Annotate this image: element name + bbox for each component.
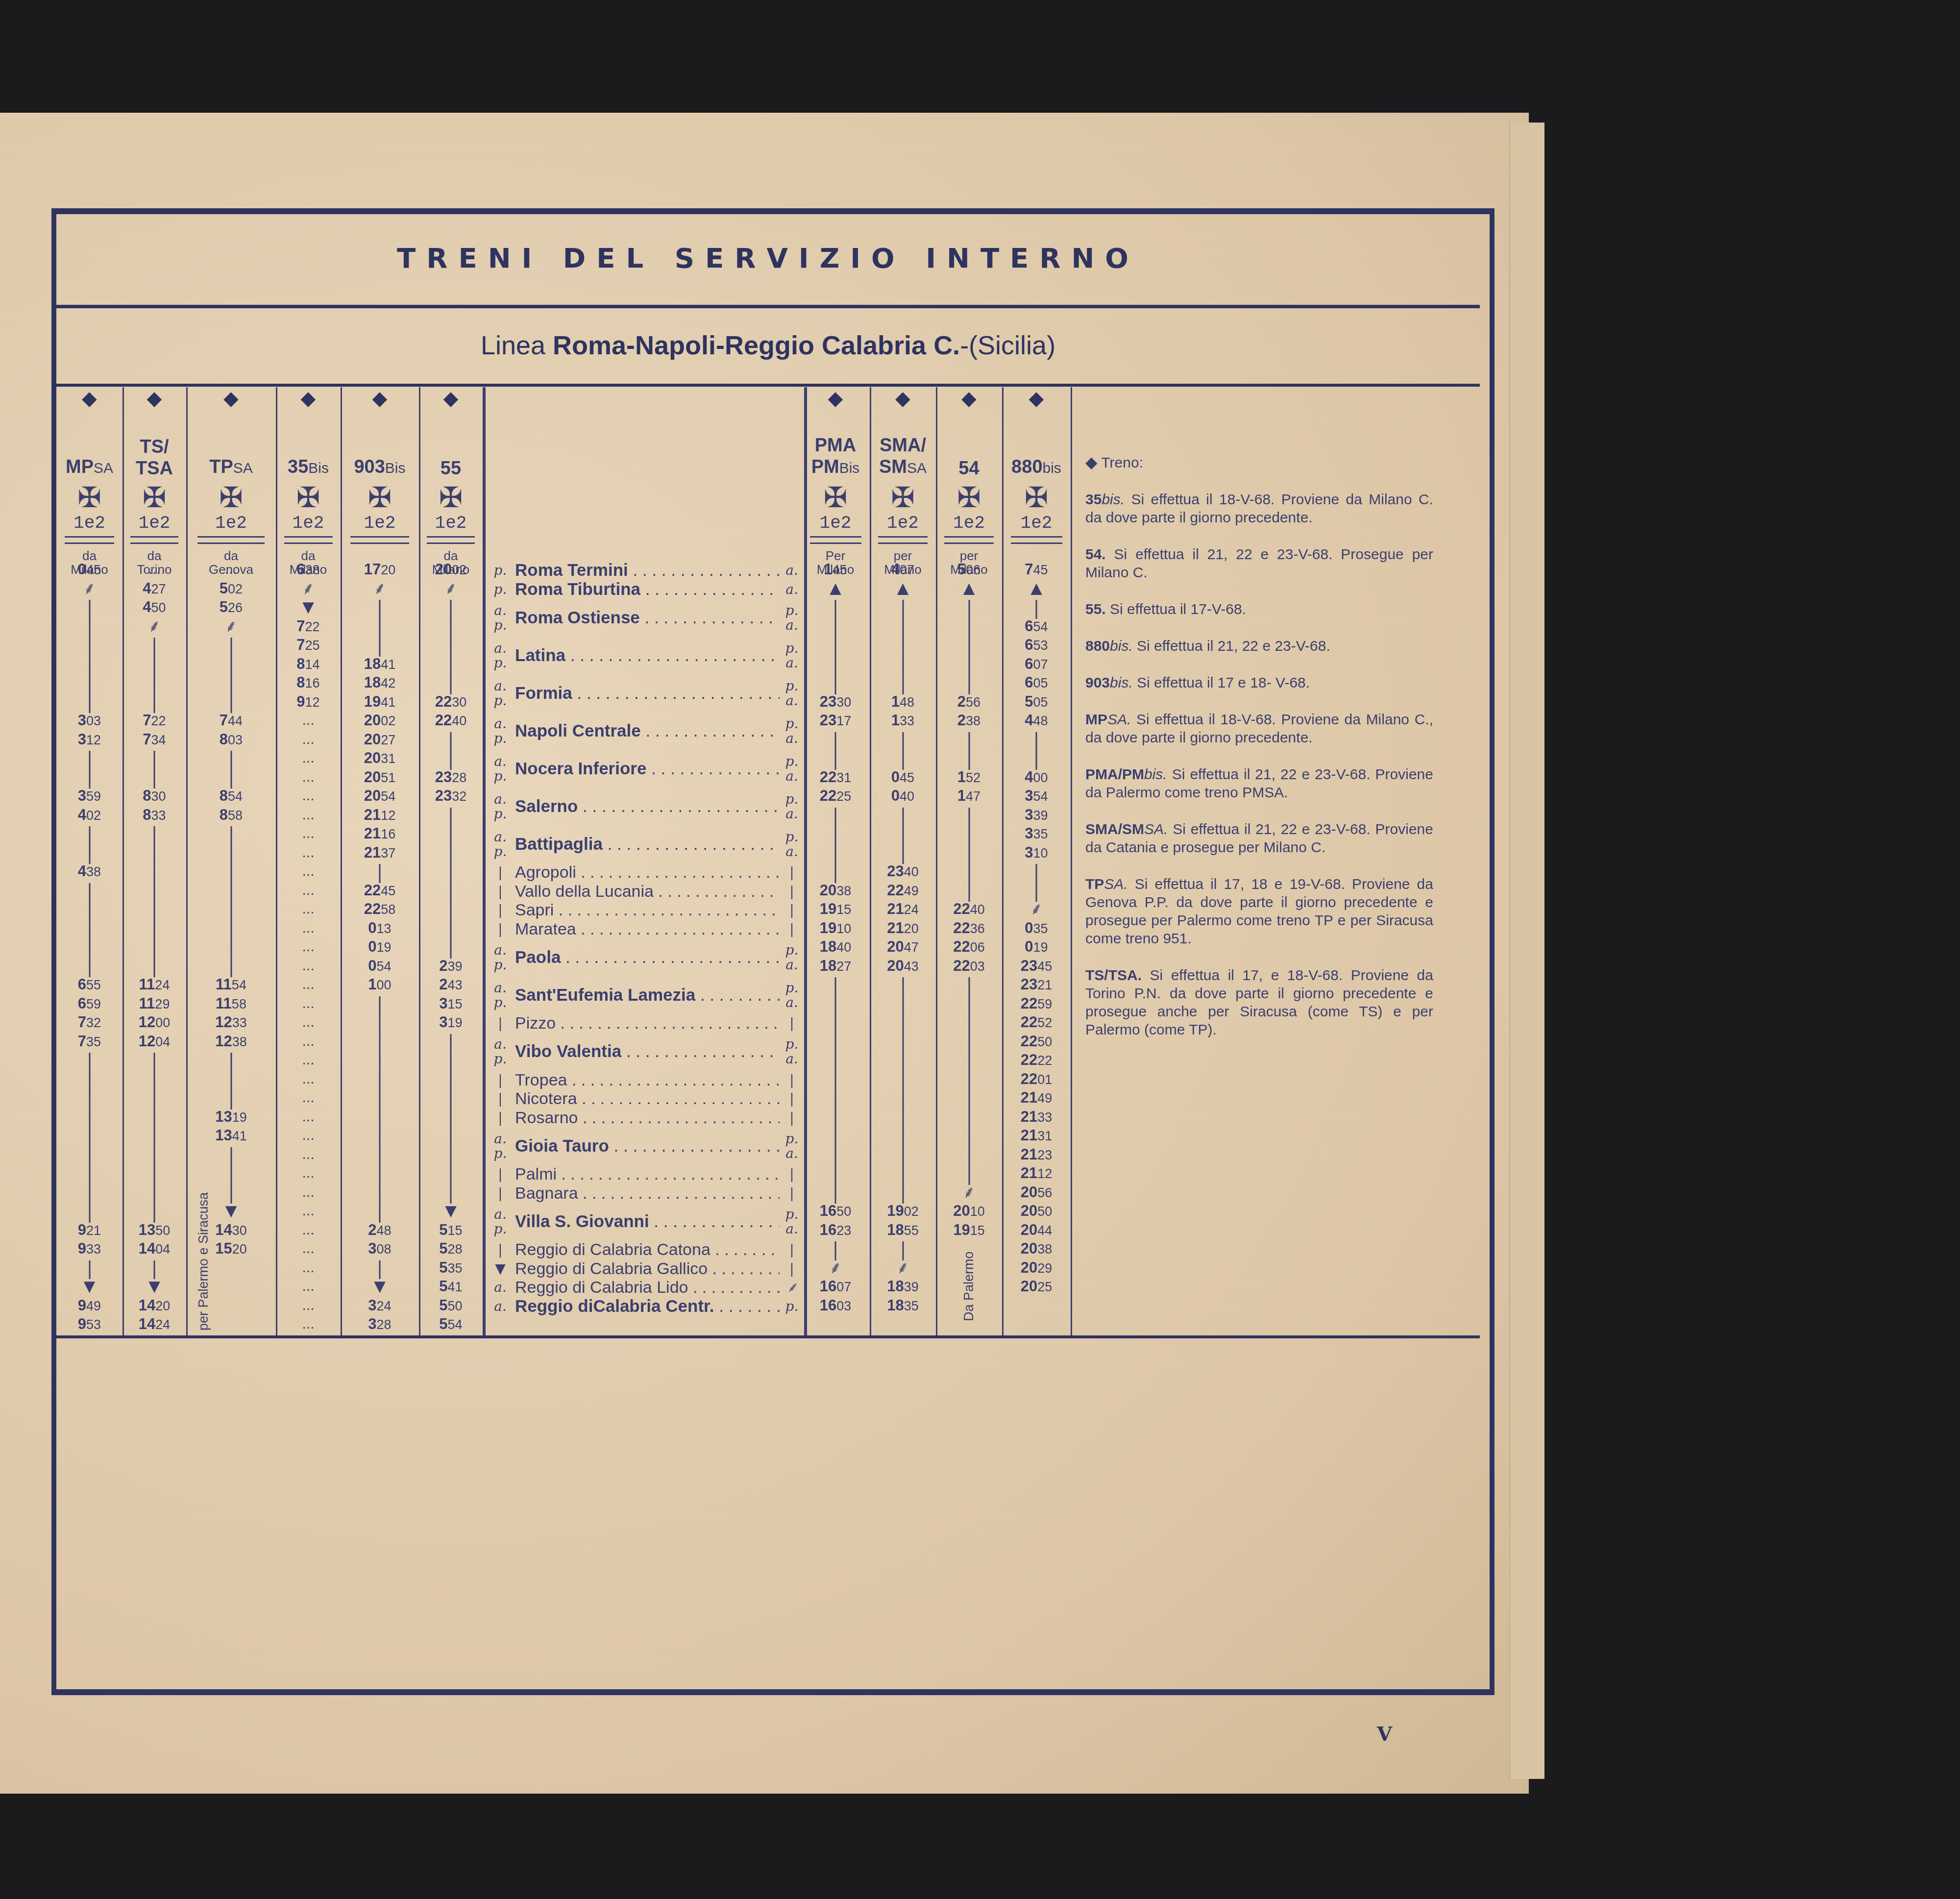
time-cell: 2345 [1002, 958, 1071, 975]
time-cell: 830 [122, 788, 186, 805]
route-line [968, 864, 970, 883]
arrival-departure-label: p.a. [780, 754, 804, 784]
time-cell: 1840 [801, 938, 870, 956]
station-row: a.p.Vibo Valentiap.a. [486, 1033, 804, 1071]
time-cell: 2330 [801, 693, 870, 711]
rotated-origin-label: Da Palermo [961, 1250, 976, 1323]
route-line [230, 1166, 232, 1185]
route-line [379, 1034, 381, 1053]
arrival-departure-label: p.a. [780, 1207, 804, 1236]
time-cell: ... [276, 1165, 341, 1182]
train-header: TPSA✠1e2daGenova [186, 436, 276, 578]
route-line [450, 675, 452, 694]
route-line [379, 1185, 381, 1204]
restaurant-car-icon: ✠ [936, 482, 1002, 514]
arrival-departure-label: a.p. [486, 1207, 515, 1236]
station-row: a.Reggio di Calabria Lido⸙ [486, 1278, 804, 1297]
route-line [230, 1072, 232, 1091]
route-line [379, 1072, 381, 1091]
route-line [450, 732, 452, 751]
note-item: TPSA. Si effettua il 17, 18 e 19-V-68. P… [1085, 875, 1433, 948]
time-cell: 1720 [341, 561, 419, 578]
time-cell: 2002 [341, 712, 419, 729]
station-name: Roma Tiburtina [515, 581, 780, 598]
route-line [379, 1166, 381, 1185]
station-row: a.p.Paolap.a. [486, 938, 804, 976]
route-line [968, 1166, 970, 1185]
arrival-departure-label: | [780, 1186, 804, 1201]
time-cell: ... [276, 1222, 341, 1238]
time-cell: 427 [122, 580, 186, 597]
double-rule [197, 536, 265, 544]
note-text: Si effettua il 21, 22 e 23-V-68. Prosegu… [1085, 546, 1433, 581]
time-cell: 2112 [1002, 1165, 1071, 1182]
time-cell: 312 [56, 731, 122, 748]
time-cell: 2038 [1002, 1240, 1071, 1258]
station-name: Roma Termini [515, 562, 780, 579]
time-cell: 814 [276, 656, 341, 673]
class-label: 1e2 [936, 514, 1002, 533]
arrival-departure-label: p.a. [780, 1037, 804, 1066]
time-cell: 2043 [870, 958, 936, 975]
time-cell: 133 [870, 712, 936, 729]
diamond-icon: ◆ [828, 387, 843, 410]
station-row: a.p.Formiap.a. [486, 674, 804, 712]
time-cell: ... [276, 769, 341, 786]
station-row: |Tropea| [486, 1071, 804, 1090]
time-cell: 550 [419, 1297, 483, 1314]
arrival-departure-label: | [780, 884, 804, 899]
note-item: MPSA. Si effettua il 18-V-68. Proviene d… [1085, 711, 1433, 747]
route-line [450, 657, 452, 676]
station-name: Rosarno [515, 1109, 780, 1127]
route-line [89, 638, 90, 657]
route-line [450, 845, 452, 864]
arrow-up-icon: ▲ [801, 580, 870, 599]
time-cell: 328 [341, 1316, 419, 1333]
arrow-down-icon: ▼ [341, 1278, 419, 1297]
arrival-departure-label: a.p. [486, 981, 515, 1010]
arrival-departure-label: a.p. [486, 830, 515, 859]
route-line [89, 939, 90, 959]
route-line [89, 883, 90, 902]
note-item: 54. Si effettua il 21, 22 e 23-V-68. Pro… [1085, 545, 1433, 582]
route-line [379, 1147, 381, 1166]
station-row: |Nicotera| [486, 1089, 804, 1109]
route-line [968, 1053, 970, 1072]
route-line [230, 657, 232, 676]
station-name: Roma Ostiense [515, 609, 780, 627]
time-cell: 816 [276, 674, 341, 691]
arrival-departure-label: | [780, 1110, 804, 1125]
route-line [835, 1241, 836, 1260]
arrival-departure-label: a.p. [486, 1037, 515, 1066]
time-cell: 040 [870, 788, 936, 805]
station-row: p.Roma Terminia. [486, 561, 804, 580]
note-item: TS/TSA. Si effettua il 17, e 18-V-68. Pr… [1085, 966, 1433, 1039]
restaurant-car-icon: ✠ [870, 482, 936, 514]
route-line [154, 694, 155, 714]
route-line [89, 1166, 90, 1185]
train-number: TS/TSA [122, 436, 186, 479]
arrival-departure-label: p.a. [780, 792, 804, 821]
arrival-departure-label: p. [486, 563, 515, 578]
station-name: Tropea [515, 1071, 780, 1089]
route-line [379, 1090, 381, 1110]
time-cell: 239 [419, 958, 483, 975]
time-cell: ... [276, 1033, 341, 1050]
time-cell: 1350 [122, 1222, 186, 1239]
route-line [89, 959, 90, 978]
route-line [902, 1166, 904, 1185]
note-text: Si effettua il 17-V-68. [1110, 601, 1246, 617]
wheat-symbol-icon: ⸙ [186, 618, 276, 636]
time-cell: 912 [276, 693, 341, 711]
note-id-suffix: SA. [1104, 876, 1127, 892]
time-cell: ... [276, 788, 341, 804]
time-cell: 1650 [801, 1203, 870, 1220]
route-line [89, 1090, 90, 1110]
route-line [835, 1147, 836, 1166]
time-cell: 933 [56, 1240, 122, 1258]
station-row: |Agropoli| [486, 863, 804, 882]
double-rule [878, 536, 928, 544]
route-line [89, 1185, 90, 1204]
time-cell: 2222 [1002, 1052, 1071, 1069]
route-line [89, 1110, 90, 1129]
station-name: Nicotera [515, 1090, 780, 1108]
arrival-departure-label: | [486, 1110, 515, 1125]
route-line [968, 1015, 970, 1034]
page-edge [1509, 123, 1544, 1779]
route-line [902, 675, 904, 694]
arrival-departure-label: a.p. [486, 603, 515, 633]
time-cell: 1204 [122, 1033, 186, 1050]
route-line [89, 826, 90, 845]
class-label: 1e2 [276, 514, 341, 533]
train-code-part: 55 [419, 458, 483, 479]
note-item: 35bis. Si effettua il 18-V-68. Proviene … [1085, 491, 1433, 527]
notes-header: ◆ Treno: [1085, 453, 1433, 472]
station-row: a.p.Napoli Centralep.a. [486, 712, 804, 750]
station-name: Nocera Inferiore [515, 760, 780, 778]
route-line [154, 770, 155, 789]
diamond-icon: ◆ [1085, 453, 1098, 471]
arrival-departure-label: | [486, 1073, 515, 1087]
route-line [89, 1072, 90, 1091]
route-line [1036, 732, 1037, 751]
time-cell: ... [276, 1278, 341, 1295]
time-cell: 2240 [419, 712, 483, 729]
note-train-id: SMA/SM [1085, 821, 1144, 838]
route-line [379, 638, 381, 657]
arrival-departure-label: | [780, 1261, 804, 1276]
route-line [450, 864, 452, 883]
time-cell: ... [276, 1089, 341, 1106]
arrival-departure-label: | [780, 865, 804, 880]
note-id-suffix: SA. [1107, 712, 1131, 728]
time-cell: 2236 [936, 920, 1002, 937]
route-line [1036, 600, 1037, 619]
time-cell: 858 [186, 807, 276, 824]
route-line [835, 751, 836, 770]
double-rule [427, 536, 475, 544]
time-cell: 2259 [1002, 995, 1071, 1012]
time-cell: 448 [1002, 712, 1071, 729]
double-rule [65, 536, 114, 544]
route-line [450, 1110, 452, 1129]
station-name: Salerno [515, 798, 780, 815]
time-cell: 1420 [122, 1297, 186, 1314]
time-cell: ... [276, 863, 341, 880]
arrival-departure-label: p.a. [780, 981, 804, 1010]
route-line [835, 638, 836, 657]
class-label: 1e2 [122, 514, 186, 533]
station-name: Bagnara [515, 1184, 780, 1202]
time-cell: 1915 [801, 901, 870, 918]
station-row: |Rosarno| [486, 1109, 804, 1128]
train-header: 903Bis✠1e2 [341, 436, 419, 578]
time-cell: 2206 [936, 938, 1002, 956]
notes-panel: ◆ Treno: 35bis. Si effettua il 18-V-68. … [1085, 453, 1433, 1058]
route-line [968, 883, 970, 902]
route-line [450, 939, 452, 959]
diamond-icon: ◆ [961, 387, 977, 410]
station-name: Gioia Tauro [515, 1137, 780, 1155]
time-cell: 1124 [122, 976, 186, 993]
route-line [230, 1147, 232, 1166]
route-line [89, 694, 90, 714]
route-line [230, 845, 232, 864]
train-number: MPSA [56, 436, 122, 479]
arrow-down-icon: ▼ [56, 1278, 122, 1297]
route-line [89, 600, 90, 619]
station-name: Agropoli [515, 863, 780, 881]
double-rule [810, 536, 861, 544]
time-cell: 019 [341, 938, 419, 956]
time-cell: 655 [56, 976, 122, 993]
time-cell: ... [122, 561, 186, 578]
arrival-departure-label: a.p. [486, 1132, 515, 1161]
route-line [230, 883, 232, 902]
route-line [968, 1034, 970, 1053]
station-row: p.Roma Tiburtinaa. [486, 580, 804, 599]
time-cell: 2258 [341, 901, 419, 918]
time-cell: 535 [419, 1259, 483, 1277]
time-cell: 152 [936, 769, 1002, 786]
time-cell: 2050 [1002, 1203, 1071, 1220]
diamond-icon: ◆ [372, 387, 388, 410]
diamond-icon: ◆ [223, 387, 239, 410]
time-cell: ... [276, 807, 341, 823]
train-header: 55✠1e2daMilano [419, 436, 483, 578]
route-line [154, 939, 155, 959]
route-line [968, 996, 970, 1015]
station-name: Reggio diCalabria Centr. [515, 1298, 780, 1315]
station-name: Villa S. Giovanni [515, 1213, 780, 1231]
arrival-departure-label: a.p. [486, 943, 515, 972]
route-line [835, 826, 836, 845]
route-line [230, 826, 232, 845]
route-line [379, 1110, 381, 1129]
time-cell: 2025 [1002, 1278, 1071, 1295]
time-cell: 2250 [1002, 1033, 1071, 1050]
title-rule [56, 305, 1480, 308]
route-line [902, 1128, 904, 1147]
restaurant-car-icon: ✠ [122, 482, 186, 514]
route-line [835, 864, 836, 883]
station-row: ▼Reggio di Calabria Gallico| [486, 1259, 804, 1279]
time-cell: 339 [1002, 807, 1071, 824]
route-line [230, 902, 232, 921]
diamond-icon: ◆ [301, 387, 316, 410]
station-name: Pizzo [515, 1014, 780, 1032]
route-line [154, 1053, 155, 1072]
time-cell: ... [276, 1127, 341, 1144]
route-line [89, 770, 90, 789]
note-train-id: 55. [1085, 601, 1106, 617]
arrival-departure-label: | [486, 1016, 515, 1031]
route-line [154, 675, 155, 694]
arrival-departure-label: | [486, 1091, 515, 1106]
time-cell: 2133 [1002, 1109, 1071, 1126]
note-train-id: 35 [1085, 492, 1102, 508]
time-cell: 438 [56, 863, 122, 880]
time-cell: 407 [870, 561, 936, 578]
time-cell: 2340 [870, 863, 936, 880]
time-cell: ... [276, 901, 341, 917]
route-line [968, 675, 970, 694]
note-train-id: MP [1085, 712, 1107, 728]
double-rule [1011, 536, 1062, 544]
time-cell: 2002 [419, 561, 483, 578]
route-line [450, 638, 452, 657]
time-cell: 505 [1002, 693, 1071, 711]
route-line [968, 1110, 970, 1129]
route-line [450, 1034, 452, 1053]
time-cell: ... [276, 1109, 341, 1125]
route-line [89, 1147, 90, 1166]
time-cell: 2252 [1002, 1014, 1071, 1031]
station-name: Vallo della Lucania [515, 883, 780, 900]
class-label: 1e2 [870, 514, 936, 533]
class-label: 1e2 [341, 514, 419, 533]
route-line [902, 1015, 904, 1034]
route-line [450, 921, 452, 940]
note-id-suffix: SA. [1144, 821, 1168, 838]
time-cell: 145 [801, 561, 870, 578]
station-row: a.p.Salernop.a. [486, 788, 804, 825]
route-line [968, 1090, 970, 1110]
station-row: a.p.Villa S. Giovannip.a. [486, 1203, 804, 1240]
arrival-departure-label: a.p. [486, 679, 515, 708]
arrival-departure-label: p. [486, 582, 515, 597]
time-cell: 722 [276, 618, 341, 635]
route-line [835, 732, 836, 751]
train-code-part: TSA [122, 458, 186, 479]
route-line [968, 1147, 970, 1166]
diamond-icon: ◆ [895, 387, 910, 410]
time-cell: ... [276, 1316, 341, 1332]
diamond-icon: ◆ [443, 387, 459, 410]
route-line [902, 1034, 904, 1053]
note-text: Si effettua il 18-V-68. Proviene da Mila… [1085, 712, 1433, 746]
wheat-symbol-icon: ⸙ [1002, 901, 1071, 918]
station-name: Battipaglia [515, 836, 780, 853]
time-cell: ... [276, 731, 341, 748]
route-line [835, 619, 836, 638]
train-column-35bis: ◆35Bis✠1e2daMilano638⸙▼722725814816912..… [276, 387, 342, 1335]
time-cell: 2332 [419, 788, 483, 805]
wheat-symbol-icon: ⸙ [419, 580, 483, 598]
station-name: Paola [515, 949, 780, 966]
note-item: SMA/SMSA. Si effettua il 21, 22 e 23-V-6… [1085, 820, 1433, 857]
time-cell: ... [276, 1240, 341, 1257]
double-rule [130, 536, 178, 544]
time-cell: 2120 [870, 920, 936, 937]
route-line [89, 1204, 90, 1223]
rotated-destination-label: per Palermo e Siracusa [196, 1237, 211, 1331]
route-line [835, 600, 836, 619]
train-code-part: 880bis [1002, 456, 1071, 479]
route-line [835, 1034, 836, 1053]
route-line [154, 1147, 155, 1166]
route-line [902, 1110, 904, 1129]
arrival-departure-label: p.a. [780, 830, 804, 859]
station-name: Reggio di Calabria Gallico [515, 1260, 780, 1278]
time-cell: 035 [1002, 920, 1071, 937]
route-line [902, 1185, 904, 1204]
route-line [230, 675, 232, 694]
time-cell: 2123 [1002, 1146, 1071, 1163]
train-column-tsa: ◆TS/TSA✠1e2daTorino...427450⸙72273483083… [122, 387, 188, 1335]
line-name: Roma-Napoli-Reggio Calabria C. [553, 330, 960, 361]
time-cell: 1238 [186, 1033, 276, 1050]
note-item: PMA/PMbis. Si effettua il 21, 22 e 23-V-… [1085, 765, 1433, 802]
arrival-departure-label: | [780, 903, 804, 917]
time-cell: 2225 [801, 788, 870, 805]
route-line [450, 751, 452, 770]
arrival-departure-label: ▼ [486, 1261, 515, 1276]
route-line [835, 1110, 836, 1129]
arrival-departure-label: | [486, 903, 515, 917]
restaurant-car-icon: ✠ [1002, 482, 1071, 514]
route-line [968, 826, 970, 845]
route-line [379, 996, 381, 1015]
route-line [230, 751, 232, 770]
route-line [968, 600, 970, 619]
arrow-down-icon: ▼ [276, 599, 341, 617]
route-line [835, 808, 836, 827]
route-line [154, 826, 155, 845]
arrival-departure-label: ⸙ [780, 1280, 804, 1295]
time-cell: 2112 [341, 807, 419, 824]
train-column-tpsa: ◆TPSA✠1e2daGenova...502526⸙7448038548581… [186, 387, 277, 1335]
note-item: 55. Si effettua il 17-V-68. [1085, 600, 1433, 618]
note-train-id: 903 [1085, 675, 1110, 691]
time-cell: 243 [419, 976, 483, 993]
route-line [968, 657, 970, 676]
time-cell: 2056 [1002, 1184, 1071, 1201]
time-cell: ... [276, 1014, 341, 1031]
route-line [450, 600, 452, 619]
train-column-880bis: ◆880bis✠1e2745▲6546536076055054484003543… [1002, 387, 1072, 1335]
title-band: TRENI DEL SERVIZIO INTERNO [56, 214, 1480, 302]
route-line [154, 1204, 155, 1223]
route-line [902, 619, 904, 638]
note-item: 903bis. Si effettua il 17 e 18- V-68. [1085, 674, 1433, 692]
time-cell: 2137 [341, 844, 419, 862]
